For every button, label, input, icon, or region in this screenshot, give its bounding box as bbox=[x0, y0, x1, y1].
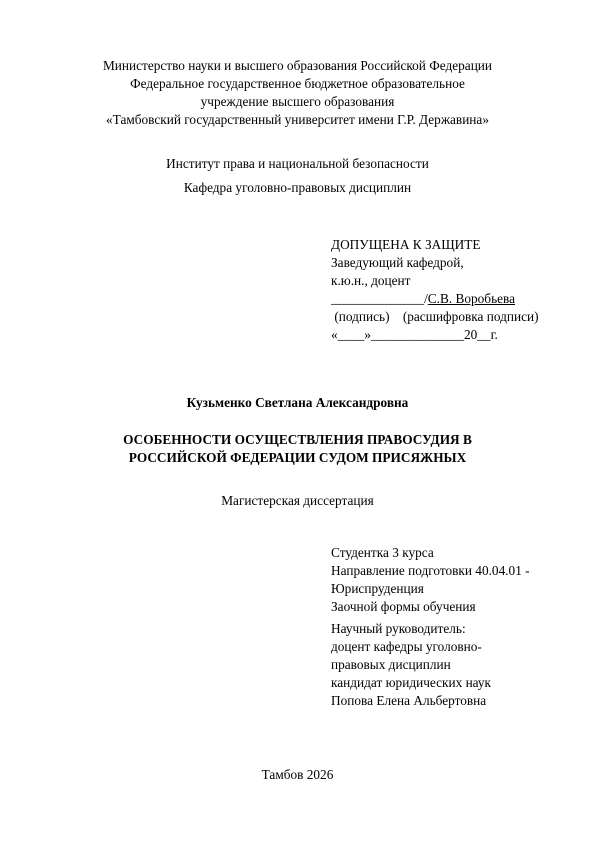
signatory-name: С.В. Воробьева bbox=[428, 291, 515, 306]
header-line-4: «Тамбовский государственный университет … bbox=[0, 111, 595, 129]
header-line-2: Федеральное государственное бюджетное об… bbox=[0, 75, 595, 93]
signature-line: ______________/С.В. Воробьева bbox=[331, 290, 539, 308]
city-year: Тамбов 2026 bbox=[0, 766, 595, 784]
header-line-1: Министерство науки и высшего образования… bbox=[0, 57, 595, 75]
student-direction: Направление подготовки 40.04.01 - bbox=[331, 562, 530, 580]
supervisor-name: Попова Елена Альбертовна bbox=[331, 692, 491, 710]
supervisor-degree: кандидат юридических наук bbox=[331, 674, 491, 692]
supervisor-label: Научный руководитель: bbox=[331, 620, 491, 638]
approval-position: Заведующий кафедрой, bbox=[331, 254, 539, 272]
institute-name: Институт права и национальной безопаснос… bbox=[0, 155, 595, 173]
student-block: Студентка 3 курса Направление подготовки… bbox=[331, 544, 530, 616]
ministry-header: Министерство науки и высшего образования… bbox=[0, 57, 595, 129]
approval-block: ДОПУЩЕНА К ЗАЩИТЕ Заведующий кафедрой, к… bbox=[331, 236, 539, 344]
header-line-3: учреждение высшего образования bbox=[0, 93, 595, 111]
student-specialty: Юриспруденция bbox=[331, 580, 530, 598]
approval-title: ДОПУЩЕНА К ЗАЩИТЕ bbox=[331, 236, 539, 254]
author-name: Кузьменко Светлана Александровна bbox=[0, 394, 595, 412]
supervisor-position-2: правовых дисциплин bbox=[331, 656, 491, 674]
supervisor-block: Научный руководитель: доцент кафедры уго… bbox=[331, 620, 491, 710]
work-type: Магистерская диссертация bbox=[0, 492, 595, 510]
date-line: «____»______________20__г. bbox=[331, 326, 539, 344]
signature-blank: ______________/ bbox=[331, 291, 428, 306]
student-form: Заочной формы обучения bbox=[331, 598, 530, 616]
thesis-title-line-2: РОССИЙСКОЙ ФЕДЕРАЦИИ СУДОМ ПРИСЯЖНЫХ bbox=[0, 449, 595, 467]
thesis-title: ОСОБЕННОСТИ ОСУЩЕСТВЛЕНИЯ ПРАВОСУДИЯ В Р… bbox=[0, 431, 595, 467]
signature-caption: (подпись) (расшифровка подписи) bbox=[331, 308, 539, 326]
thesis-title-line-1: ОСОБЕННОСТИ ОСУЩЕСТВЛЕНИЯ ПРАВОСУДИЯ В bbox=[0, 431, 595, 449]
supervisor-position-1: доцент кафедры уголовно- bbox=[331, 638, 491, 656]
student-course: Студентка 3 курса bbox=[331, 544, 530, 562]
department-name: Кафедра уголовно-правовых дисциплин bbox=[0, 179, 595, 197]
approval-degree: к.ю.н., доцент bbox=[331, 272, 539, 290]
